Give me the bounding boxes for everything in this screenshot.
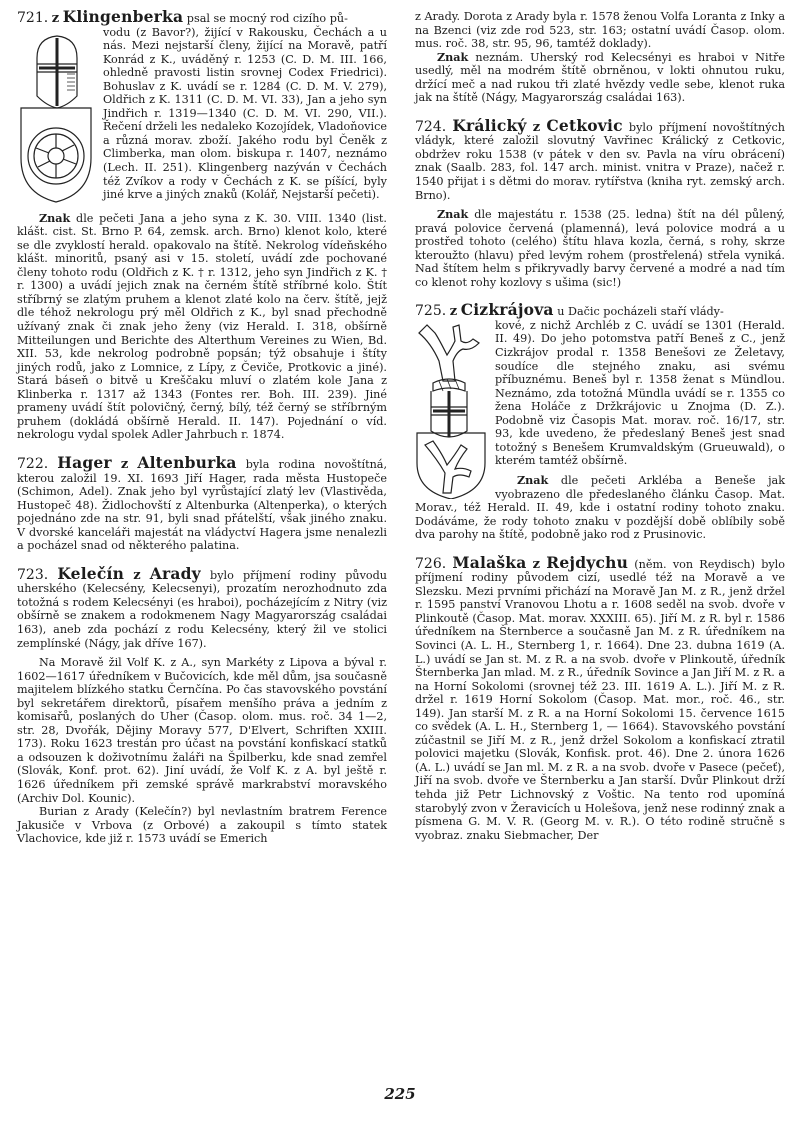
znak-text: neznám. Uherský rod Kelecsényi es hraboi… [415, 51, 785, 105]
entry-title: Cizkrájova [461, 300, 554, 319]
entry-title-place: Cetkovic [546, 116, 622, 135]
entry-title: Kelečín [57, 564, 124, 583]
entry-723-text: 723. Kelečín z Arady bylo příjmení rodin… [17, 567, 387, 650]
coat-of-arms-antler-icon [415, 321, 487, 499]
entry-722-text: 722. Hager z Altenburka byla rodina novo… [17, 456, 387, 553]
znak-label: Znak [437, 207, 468, 221]
entry-726-text: 726. Malaška z Rejdychu (něm. von Reydis… [415, 556, 785, 842]
entry-723-paragraph-2: Na Moravě žil Volf K. z A., syn Markéty … [17, 656, 387, 805]
entry-number: 722. [17, 456, 48, 472]
entry-723-znak-paragraph: Znak neznám. Uherský rod Kelecsényi es h… [415, 51, 785, 105]
entry-title: Klingenberka [63, 7, 184, 26]
entry-title: Malaška [452, 553, 526, 572]
entry-723-continuation: z Arady. Dorota z Arady byla r. 1578 žen… [415, 10, 785, 51]
entry-prefix: z [533, 557, 540, 572]
entry-subtitle: (něm. von Reydisch) [628, 558, 755, 571]
entry-725-heading-line: 725. z Cizkrájova u Dačic pocházeli stař… [415, 303, 785, 319]
entry-724-znak-paragraph: Znak dle majestátu r. 1538 (25. ledna) š… [415, 208, 785, 289]
entry-title-place: Arady [150, 564, 201, 583]
entry-723-paragraph-3: Burian z Arady (Kelečín?) byl nevlastním… [17, 805, 387, 846]
entry-number: 724. [415, 119, 446, 135]
entry-number: 725. [415, 303, 446, 319]
entry-title: Hager [57, 453, 112, 472]
entry-title: Králický [452, 116, 526, 135]
entry-number: 726. [415, 556, 446, 572]
znak-text: dle pečeti Jana a jeho syna z K. 30. VII… [17, 212, 387, 442]
znak-text: dle majestátu r. 1538 (25. ledna) štít n… [415, 208, 785, 289]
znak-label: Znak [39, 211, 70, 225]
znak-label: Znak [517, 473, 548, 487]
entry-724: 724. Králický z Cetkovic bylo příjmení n… [415, 119, 785, 290]
znak-label: Znak [437, 50, 468, 64]
entry-723: 723. Kelečín z Arady bylo příjmení rodin… [17, 567, 387, 846]
coat-of-arms-wheel-icon [17, 28, 95, 204]
entry-prefix: z [533, 120, 540, 135]
right-column: z Arady. Dorota z Arady byla r. 1578 žen… [415, 10, 785, 842]
entry-intro-first-line: psal se mocný rod cizího pů- [187, 12, 348, 25]
entry-prefix: z [52, 11, 59, 26]
entry-722: 722. Hager z Altenburka byla rodina novo… [17, 456, 387, 553]
left-column: 721. z Klingenberka psal se mocný rod ci… [17, 10, 387, 846]
entry-title-place: Altenburka [137, 453, 236, 472]
entry-725: 725. z Cizkrájova u Dačic pocházeli stař… [415, 303, 785, 541]
entry-721: 721. z Klingenberka psal se mocný rod ci… [17, 10, 387, 442]
entry-724-text: 724. Králický z Cetkovic bylo příjmení n… [415, 119, 785, 202]
entry-prefix: z [133, 568, 140, 583]
entry-prefix: z [450, 304, 457, 319]
page-number: 225 [0, 1085, 800, 1103]
entry-number: 721. [17, 10, 48, 26]
entry-intro: bylo příjmení rodiny původem cizí, usedl… [415, 558, 785, 842]
entry-intro-first-line: u Dačic pocházeli staří vlády- [557, 305, 724, 318]
entry-prefix: z [121, 457, 128, 472]
entry-726: 726. Malaška z Rejdychu (něm. von Reydis… [415, 556, 785, 842]
entry-number: 723. [17, 567, 48, 583]
entry-721-heading-line: 721. z Klingenberka psal se mocný rod ci… [17, 10, 387, 26]
entry-721-znak-paragraph: Znak dle pečeti Jana a jeho syna z K. 30… [17, 212, 387, 442]
entry-title-place: Rejdychu [546, 553, 628, 572]
entry-intro: byla rodina novoštítná, kterou založil 1… [17, 458, 387, 552]
